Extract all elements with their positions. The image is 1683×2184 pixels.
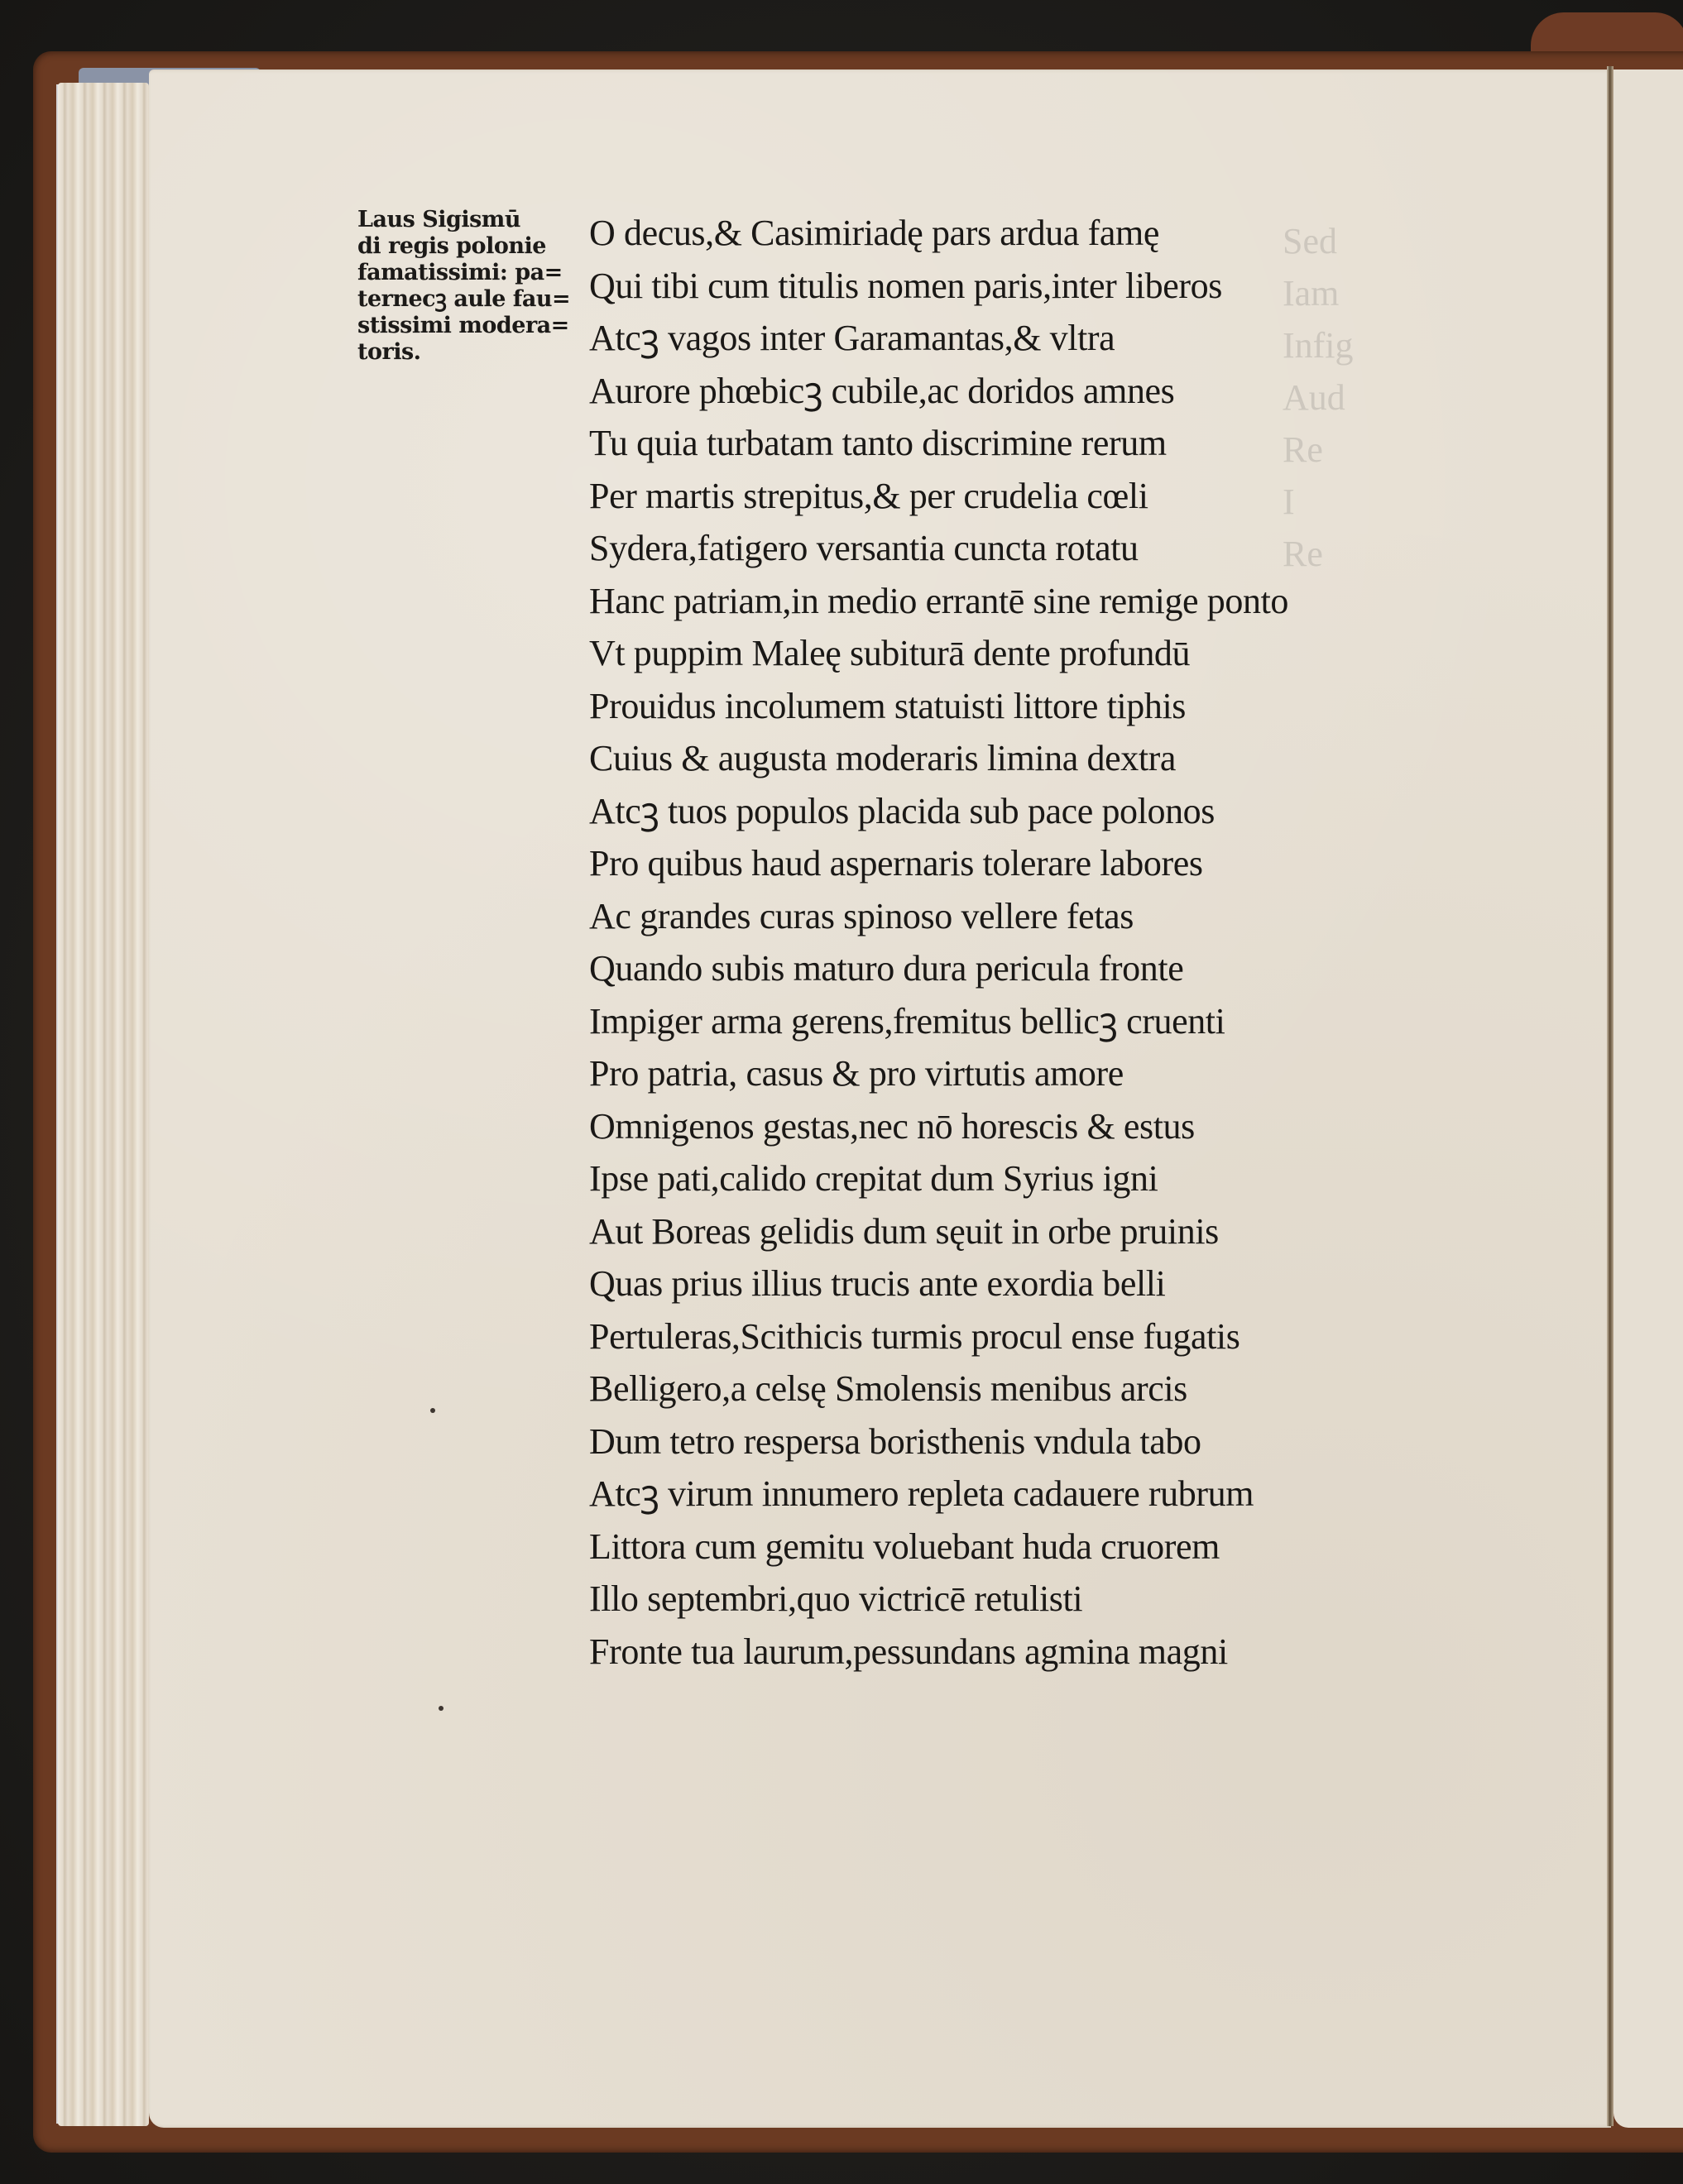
right-page-edge — [1613, 69, 1683, 2128]
verse-line: Sydera,fatigero versantia cuncta rotatu — [589, 522, 1458, 575]
verse-line: Quando subis maturo dura pericula fronte — [589, 942, 1458, 995]
verse-line: Prouidus incolumem statuisti littore tip… — [589, 680, 1458, 733]
verse-line: Dum tetro respersa boristhenis vndula ta… — [589, 1415, 1458, 1468]
verse-line: Cuius & augusta moderaris limina dextra — [589, 732, 1458, 785]
verse-line: Per martis strepitus,& per crudelia cœli — [589, 470, 1458, 523]
verse-line: Tu quia turbatam tanto discrimine rerum — [589, 417, 1458, 470]
verse-line: Impiger arma gerens,fremitus bellicꝫ cru… — [589, 995, 1458, 1048]
verse-line: Atcꝫ vagos inter Garamantas,& vltra — [589, 312, 1458, 365]
verse-line: Atcꝫ virum innumero repleta cadauere rub… — [589, 1468, 1458, 1521]
fore-edge-leaves — [58, 83, 149, 2126]
marginal-note-line: di regis polonie — [357, 233, 564, 260]
verse-line: Pro quibus haud aspernaris tolerare labo… — [589, 837, 1458, 890]
marginal-note-line: Laus Sigismū — [357, 207, 564, 233]
marginal-note: Laus Sigismū di regis polonie famatissim… — [357, 207, 564, 366]
ink-speck — [430, 1408, 435, 1413]
verse-line: Fronte tua laurum,pessundans agmina magn… — [589, 1626, 1458, 1679]
verse-line: Atcꝫ tuos populos placida sub pace polon… — [589, 785, 1458, 838]
verse-line: Aut Boreas gelidis dum sęuit in orbe pru… — [589, 1205, 1458, 1258]
marginal-note-line: famatissimi: pa= — [357, 260, 564, 286]
verse-line: Ipse pati,calido crepitat dum Syrius ign… — [589, 1152, 1458, 1205]
verse-line: Qui tibi cum titulis nomen paris,inter l… — [589, 260, 1458, 313]
verse-line: Quas prius illius trucis ante exordia be… — [589, 1257, 1458, 1310]
verse-line: Vt puppim Maleę subiturā dente profundū — [589, 627, 1458, 680]
marginal-note-line: stissimi modera= — [357, 313, 564, 339]
verse-line: Pertuleras,Scithicis turmis procul ense … — [589, 1310, 1458, 1363]
verse-line: Belligero,a celsę Smolensis menibus arci… — [589, 1363, 1458, 1415]
verse-line: O decus,& Casimiriadę pars ardua famę — [589, 207, 1458, 260]
verse-line: Hanc patriam,in medio errantē sine remig… — [589, 575, 1458, 628]
verse-line: Aurore phœbicꝫ cubile,ac doridos amnes — [589, 365, 1458, 418]
verse-line: Omnigenos gestas,nec nō horescis & estus — [589, 1100, 1458, 1153]
verse-line: Littora cum gemitu voluebant huda cruore… — [589, 1521, 1458, 1573]
binding-gutter — [1607, 66, 1613, 2126]
marginal-note-line: ternecꝫ aule fau= — [357, 286, 564, 313]
verse-block: O decus,& Casimiriadę pars ardua famę Qu… — [589, 207, 1458, 1678]
verse-line: Illo septembri,quo victricē retulisti — [589, 1573, 1458, 1626]
marginal-note-line: toris. — [357, 339, 564, 366]
verse-line: Ac grandes curas spinoso vellere fetas — [589, 890, 1458, 943]
ink-speck — [439, 1706, 444, 1711]
verse-line: Pro patria, casus & pro virtutis amore — [589, 1047, 1458, 1100]
